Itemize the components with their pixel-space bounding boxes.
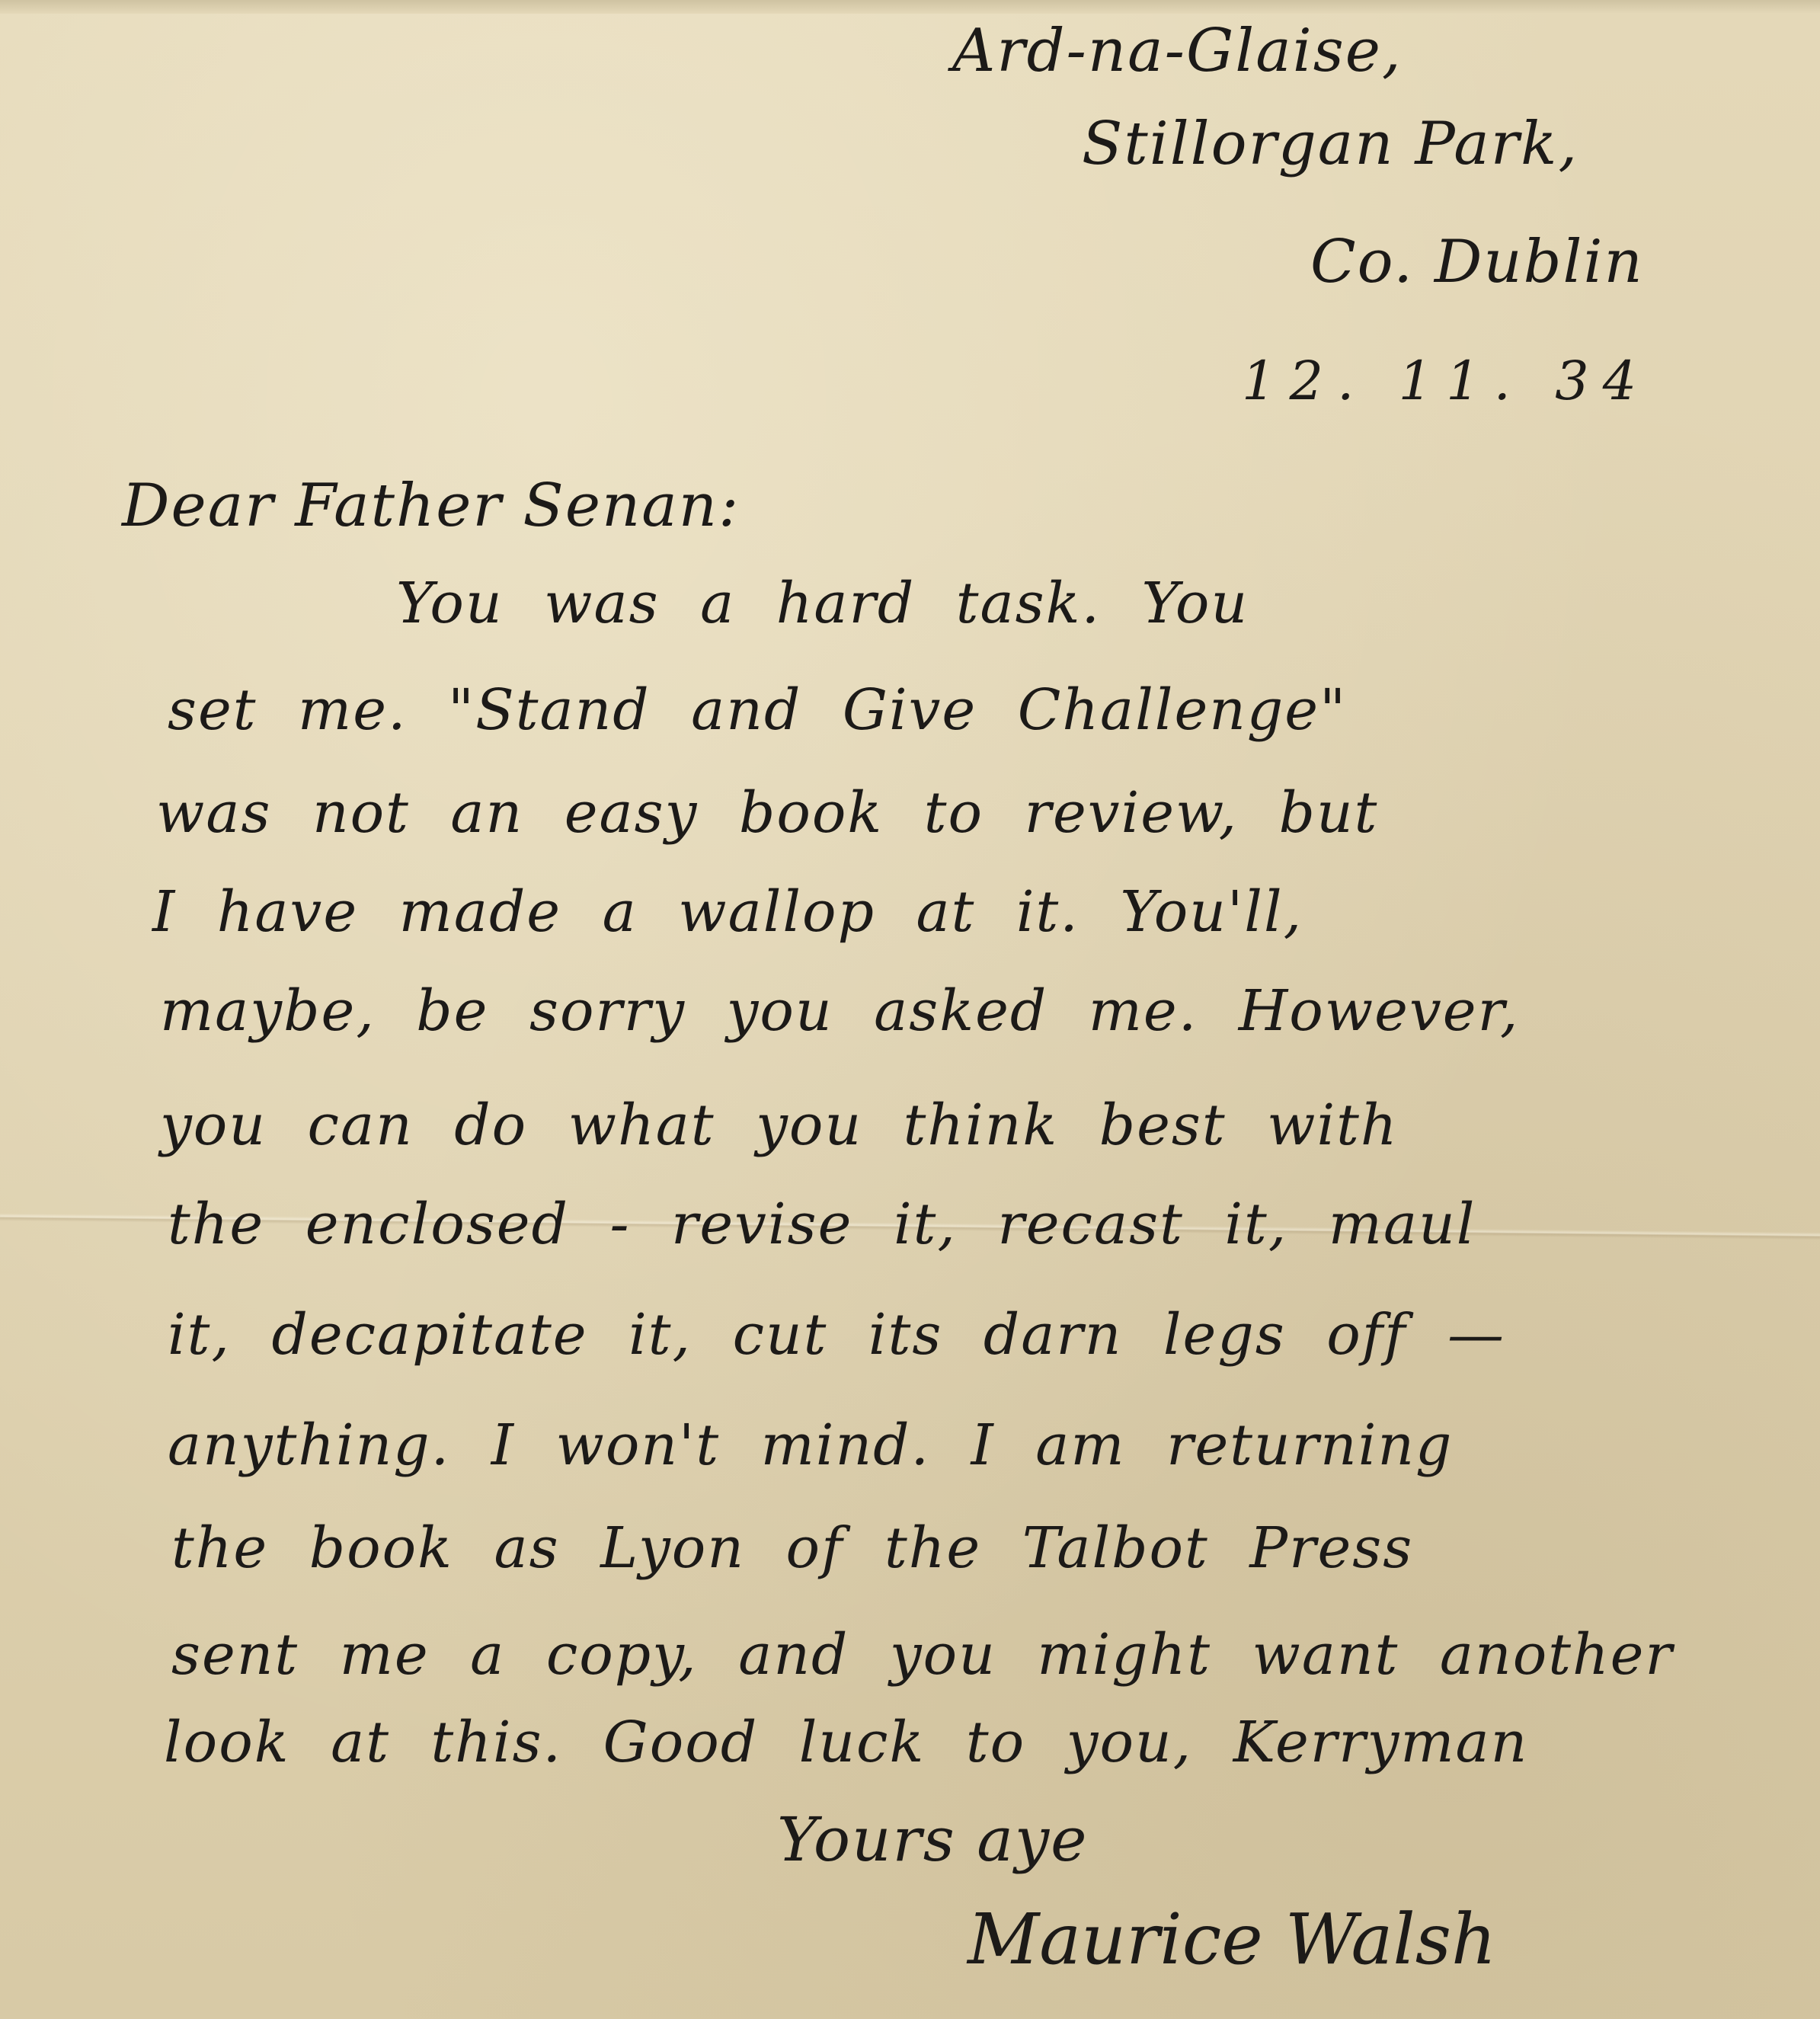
letter-page: Ard-na-Glaise, Stillorgan Park, Co. Dubl… (0, 0, 1820, 2019)
body-line-6: you can do what you think best with (160, 1097, 1399, 1153)
address-line-3: Co. Dublin (1310, 232, 1644, 292)
body-line-1: You was a hard task. You (396, 575, 1249, 632)
body-line-9: anything. I won't mind. I am returning (168, 1417, 1453, 1473)
address-line-2: Stillorgan Park, (1082, 114, 1579, 174)
body-line-7: the enclosed - revise it, recast it, mau… (168, 1196, 1476, 1253)
closing: Yours aye (777, 1809, 1089, 1870)
signature: Maurice Walsh (968, 1905, 1496, 1975)
paper-top-edge (0, 0, 1820, 14)
body-line-12: look at this. Good luck to you, Kerryman (164, 1714, 1528, 1771)
body-line-10: the book as Lyon of the Talbot Press (171, 1520, 1413, 1576)
body-line-4: I have made a wallop at it. You'll, (152, 884, 1303, 940)
body-line-11: sent me a copy, and you might want anoth… (171, 1627, 1674, 1683)
body-line-3: was not an easy book to review, but (156, 785, 1378, 841)
letter-date: 12. 11. 34 (1242, 354, 1650, 408)
body-line-2: set me. "Stand and Give Challenge" (168, 682, 1347, 738)
salutation: Dear Father Senan: (122, 476, 740, 536)
address-line-1: Ard-na-Glaise, (952, 21, 1403, 81)
body-line-5: maybe, be sorry you asked me. However, (160, 983, 1519, 1039)
body-line-8: it, decapitate it, cut its darn legs off… (168, 1307, 1505, 1363)
